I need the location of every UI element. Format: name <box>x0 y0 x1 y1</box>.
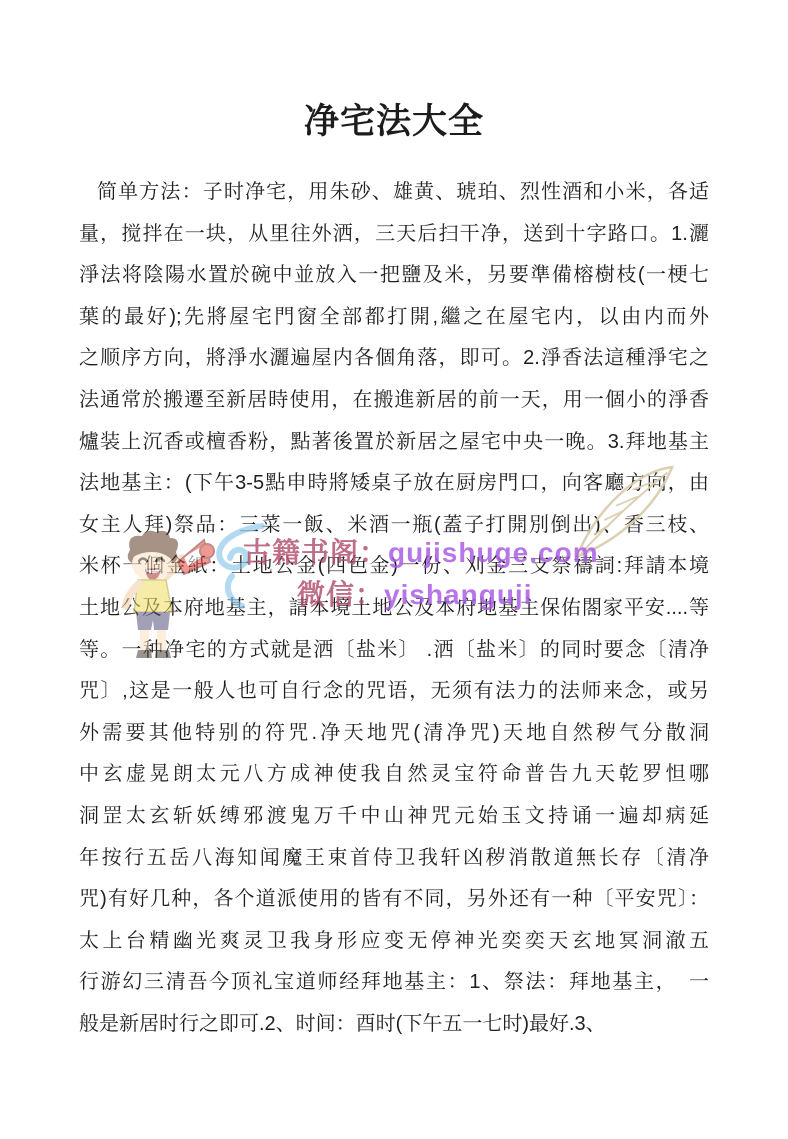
body-line: 外需要其他特别的符咒.净天地咒(清净咒)天地自然秽气分散洞 <box>79 713 709 755</box>
body-line: 般是新居时行之即可.2、时间：酉时(下午五一七时)最好.3、 <box>79 1004 709 1046</box>
body-line: 法通常於搬遷至新居時使用，在搬進新居的前一天，用一個小的淨香 <box>79 380 709 422</box>
body-line: 行游幻三清吾今顶礼宝道师经拜地基主：1、祭法：拜地基主， 一 <box>79 962 709 1004</box>
body-line: 年按行五岳八海知闻魔王束首侍卫我轩凶秽消散道無长存〔清净 <box>79 838 709 880</box>
body-line: 洞罡太玄斩妖缚邪渡鬼万千中山神咒元始玉文持诵一遍却病延 <box>79 796 709 838</box>
body-line: 淨法将陰陽水置於碗中並放入一把鹽及米，另要準備榕樹枝(一梗七 <box>79 255 709 297</box>
body-line: 女主人拜)祭品：三菜一飯、米酒一瓶(蓋子打開別倒出)、香三枝、 <box>79 505 709 547</box>
body-line: 太上台精幽光爽灵卫我身形应变无停神光奕奕天玄地冥洞澈五 <box>79 921 709 963</box>
body-line: 土地公及本府地基主，請本境土地公及本府地基主保佑閤家平安....等 <box>79 588 709 630</box>
body-line: 之顺序方向，將淨水灑遍屋内各個角落，即可。2.淨香法這種淨宅之 <box>79 338 709 380</box>
body-line: 等。一种净宅的方式就是洒〔盐米〕 .洒〔盐米〕的同时要念〔清净 <box>79 630 709 672</box>
body-line: 咒)有好几种，各个道派使用的皆有不同，另外还有一种〔平安咒〕： <box>79 879 709 921</box>
body-line: 中玄虚晃朗太元八方成神使我自然灵宝符命普告九天乾罗怛哪 <box>79 754 709 796</box>
body-line: 简单方法：子时净宅，用朱砂、雄黄、琥珀、烈性酒和小米，各适 <box>79 172 709 214</box>
body-line: 爐装上沉香或檀香粉，點著後置於新居之屋宅中央一晚。3.拜地基主 <box>79 422 709 464</box>
page-title: 净宅法大全 <box>0 97 788 147</box>
body-line: 量，搅拌在一块，从里往外洒，三天后扫干净，送到十字路口。1.灑 <box>79 214 709 256</box>
body-line: 米杯一個金紙：土地公金(四色金)一份、刈金三支祭禱詞:拜請本境 <box>79 546 709 588</box>
body-line: 法地基主：(下午3-5點申時將矮桌子放在厨房門口，向客廳方向，由 <box>79 463 709 505</box>
document-body: 简单方法：子时净宅，用朱砂、雄黄、琥珀、烈性酒和小米，各适 量，搅拌在一块，从里… <box>79 172 709 1045</box>
body-line: 咒〕,这是一般人也可自行念的咒语，无须有法力的法师来念，或另 <box>79 671 709 713</box>
document-page: 净宅法大全 简单方法：子时净宅，用朱砂、雄黄、琥珀、烈性酒和小米，各适 量，搅拌… <box>0 0 788 1139</box>
body-line: 葉的最好);先將屋宅門窗全部都打開,繼之在屋宅内，以由内而外 <box>79 297 709 339</box>
